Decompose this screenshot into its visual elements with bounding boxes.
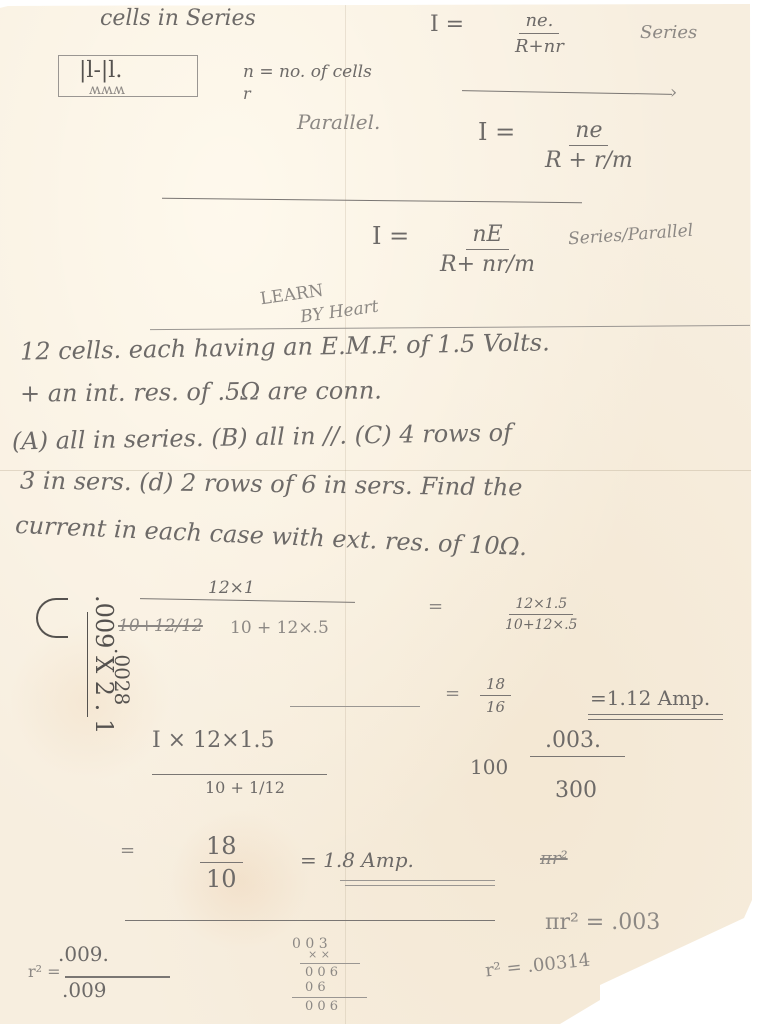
margin-division-bar (87, 612, 88, 717)
fraction-bar (140, 598, 355, 603)
divider-rule (162, 198, 582, 203)
problem-line-1: 12 cells. each having an E.M.F. of 1.5 V… (20, 328, 550, 365)
division-divisor: 100 (470, 755, 508, 779)
case-b-denominator: 10 + 1/12 (205, 778, 285, 797)
label-series-parallel: Series/Parallel (567, 221, 693, 250)
case-b-eq-numerator: 18 (200, 832, 243, 863)
result-underline (588, 714, 723, 715)
mult-row-1: 0 0 6 (305, 965, 338, 980)
case-b-numerator: I × 12×1.5 (152, 728, 275, 753)
divider-arrow (462, 90, 672, 95)
parallel-numerator: ne (569, 118, 608, 146)
mult-row-2: 0 6 (305, 980, 326, 995)
division-dividend: 300 (555, 778, 597, 803)
case-a-eq2-sign: = (428, 596, 443, 617)
series-numerator: ne. (519, 10, 559, 34)
parallel-formula-fraction: ne R + r/m (545, 118, 633, 173)
mixed-numerator: nE (466, 222, 508, 250)
mult-sign: × × (308, 948, 330, 961)
series-formula-lhs: I = (430, 12, 464, 37)
mixed-formula-lhs: I = (372, 222, 409, 250)
division-bar (530, 756, 625, 757)
sqrt-dividend: .009 (62, 978, 107, 1002)
case-a-eq3-numerator: 18 (480, 675, 511, 696)
circuit-cells: |l-|l. (79, 58, 122, 83)
problem-line-4: 3 in sers. (d) 2 rows of 6 in sers. Find… (20, 466, 523, 501)
parallel-formula-lhs: I = (478, 118, 515, 146)
case-a-struck-denominator: 10+12/12 (118, 616, 203, 636)
variable-r: r (243, 84, 251, 103)
mult-bar (300, 963, 360, 964)
problem-line-2: + an int. res. of .5Ω are conn. (20, 376, 382, 407)
case-a-eq2-numerator: 12×1.5 (509, 596, 573, 615)
case-b-result: = 1.8 Amp. (300, 848, 414, 872)
r-squared: r² = .00314 (484, 950, 591, 982)
problem-line-5: current in each case with ext. res. of 1… (15, 511, 528, 561)
division-quotient: .003. (545, 728, 601, 753)
fraction-bar (290, 706, 420, 707)
case-a-eq3-fraction: 18 16 (480, 675, 511, 716)
label-parallel: Parallel. (297, 110, 380, 134)
pi-r-squared: πr² = .003 (545, 910, 660, 935)
result-underline (340, 880, 495, 881)
mixed-formula-fraction: nE R+ nr/m (440, 222, 535, 277)
mult-result: 0 0 6 (305, 999, 338, 1014)
case-a-result: =1.12 Amp. (590, 686, 710, 710)
problem-line-3: (A) all in series. (B) all in //. (C) 4 … (12, 419, 512, 456)
struck-term: πr² (540, 848, 568, 869)
mult-bar (292, 997, 367, 998)
case-a-eq2-denominator: 10+12×.5 (505, 615, 577, 633)
title-series: cells in Series (100, 6, 256, 31)
case-a-eq3-sign: = (445, 683, 460, 704)
margin-bracket (36, 598, 68, 638)
divider-rule (125, 920, 495, 921)
series-denominator: R+nr (515, 34, 564, 57)
fraction-bar (152, 774, 327, 775)
mixed-denominator: R+ nr/m (440, 250, 535, 277)
result-underline (345, 885, 495, 886)
circuit-diagram: |l-|l. ʍʍʍ (58, 55, 198, 97)
variable-n: n = no. of cells (243, 62, 372, 82)
result-underline (588, 719, 723, 720)
case-a-numerator: 12×1 (208, 578, 255, 598)
parallel-denominator: R + r/m (545, 146, 633, 173)
series-formula-fraction: ne. R+nr (515, 10, 564, 57)
sqrt-label: r² = (28, 962, 61, 981)
resistor-symbol: ʍʍʍ (89, 82, 125, 98)
paper-sheet: cells in Series |l-|l. ʍʍʍ I = ne. R+nr … (0, 0, 758, 1024)
label-series: Series (640, 22, 697, 43)
case-b-eq-denominator: 10 (206, 863, 237, 893)
case-b-eq-sign: = (120, 840, 135, 861)
case-a-eq3-denominator: 16 (486, 696, 505, 716)
margin-calc-right: .0028 (110, 648, 134, 705)
case-a-eq2-fraction: 12×1.5 10+12×.5 (505, 596, 577, 633)
case-a-denominator: 10 + 12×.5 (230, 618, 329, 638)
arrow-head: › (670, 82, 677, 103)
sqrt-quotient: .009. (58, 942, 109, 966)
case-b-eq-fraction: 18 10 (200, 832, 243, 893)
